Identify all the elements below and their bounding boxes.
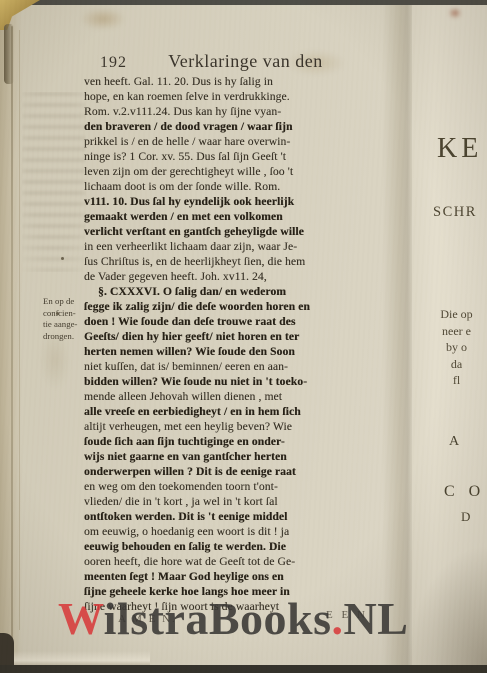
body-text-line: hope, en kan roemen ſelve in verdrukking… [84,89,386,104]
body-text-line: §. CXXXVI. O ſalig dan/ en wederom [84,284,386,299]
watermark-segment: ilstraBooks [104,593,332,644]
body-text-line: v111. 10. Dus ſal hy eyndelijk ook heerl… [84,194,386,209]
running-title: Verklaringe van den [127,51,364,72]
page-number: 192 [100,54,127,72]
body-text-line: in een verheerlikt lichaam daar zijn, wa… [84,239,386,254]
body-text-line: ninge is? 1 Cor. xv. 55. Dus ſal ſijn Ge… [84,149,386,164]
facing-page-text-line: neer e [426,323,487,340]
body-text-line: gemaakt werden / en met een volkomen [84,209,386,224]
facing-page-subtitle-fragment: SCHR [433,204,477,221]
body-text-line: altijt verheugen, met een heylig beven? … [84,419,386,434]
facing-page-fragment-a: A [449,434,459,450]
margin-note-line: conſcien- [43,308,87,320]
margin-mark [56,312,59,315]
body-text-line: alle vreeſe en eerbiedigheyt / en in hem… [84,404,386,419]
facing-page-text-line: Die op [426,306,487,323]
body-text-line: ooren heeft, die hore wat de Geeſt tot d… [84,554,386,569]
facing-page-text-line: by o [426,339,487,356]
body-text-line: mende alleen Jehovah willen dienen , met [84,389,386,404]
clasp-shadow [4,24,14,84]
facing-page-paragraph-fragment: Die opneer eby odafl [426,306,487,389]
watermark-segment: W [58,593,104,644]
wilstrabooks-watermark: WilstraBooks.NL [58,592,408,645]
body-text-line: wijs niet gaarne en van gantſcher herten [84,449,386,464]
photo-shadow [407,545,487,665]
body-text-line: leven zijn om der gerechtigheyt wille , … [84,164,386,179]
margin-note: En op deconſcien-tie aange-drongen. [43,296,87,342]
photo-top-edge [0,0,487,5]
body-text-line: eeuwig behouden en ſalig te werden. Die [84,539,386,554]
body-text-line: en weg om den toekomenden toorn t'ont- [84,479,386,494]
margin-note-line: tie aange- [43,319,87,331]
body-text-column: ven heeft. Gal. 11. 20. Dus is hy ſalig … [84,74,386,614]
body-text-line: bidden willen? Wie ſoude nu niet in 't t… [84,374,386,389]
facing-page-text-line: da [426,356,487,373]
body-text-line: prikkel is / en de helle / waar hare ove… [84,134,386,149]
facing-page-fragment-d: D [461,509,471,525]
body-text-line: vlieden/ die in 't kort , ja wel in 't k… [84,494,386,509]
body-text-line: ſegge ik zalig zijn/ die deſe woorden ho… [84,299,386,314]
body-text-line: lichaam doot is om der ſonde wille. Rom. [84,179,386,194]
book-photo: 192 Verklaringe van den ven heeft. Gal. … [0,0,487,673]
foxing-stain [80,8,126,30]
body-text-line: onderwerpen willen ? Dit is de eenige ra… [84,464,386,479]
body-text-line: om eeuwig, o hoedanig een woort is dit !… [84,524,386,539]
show-through-text [22,92,86,272]
foxing-stain [449,8,461,18]
watermark-segment: . [332,593,344,644]
left-page-crease-2 [19,30,20,630]
photo-bottom-edge [0,665,487,673]
facing-page-text-line: fl [426,372,487,389]
body-text-line: Geeſts/ dien hy hier geeft/ niet horen e… [84,329,386,344]
body-text-line: ſus Chriſtus is, en de heerlijkheyt ſien… [84,254,386,269]
margin-note-line: drongen. [43,331,87,343]
body-text-line: verlicht verſtant en gantſch geheyligde … [84,224,386,239]
body-text-line: ven heeft. Gal. 11. 20. Dus is hy ſalig … [84,74,386,89]
page-header: 192 Verklaringe van den [84,51,386,72]
body-text-line: ſoude ſich aan ſijn tuchtiginge en onder… [84,434,386,449]
body-text-line: Rom. v.2.v111.24. Dus kan hy ſijne vyan- [84,104,386,119]
watermark-segment: NL [344,593,409,644]
left-page-crease [11,26,13,646]
facing-page-title-fragment: KE [437,133,482,165]
body-text-line: ontſtoken werden. Dit is 't eenige midde… [84,509,386,524]
body-text-line: doen ! Wie ſoude dan deſe trouwe raat de… [84,314,386,329]
body-text-line: herten nemen willen? Wie ſoude den Soon [84,344,386,359]
body-text-line: meenten ſegt ! Maar God heylige ons en [84,569,386,584]
facing-page-fragment-co: C O [444,483,485,501]
margin-note-line: En op de [43,296,87,308]
body-text-line: de Vader gegeven heeft. Joh. xv11. 24, [84,269,386,284]
body-text-line: den braveren / de dood vragen / waar ſij… [84,119,386,134]
margin-mark [61,257,64,260]
body-text-line: niet kuſſen, dat is/ beminnen/ eeren en … [84,359,386,374]
